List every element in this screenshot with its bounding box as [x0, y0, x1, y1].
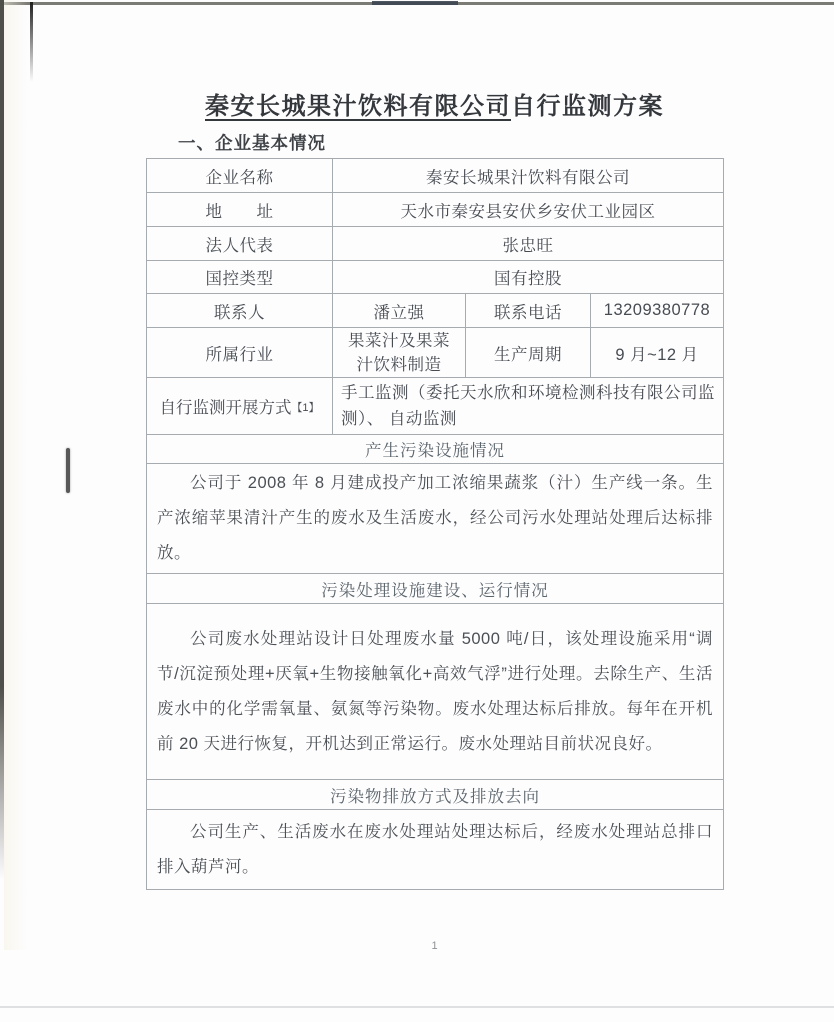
scan-left-paper-tint — [4, 0, 28, 950]
address-label: 地 址 — [147, 193, 333, 227]
monitoring-method-value: 手工监测（委托天水欣和环境检测科技有限公司监测）、 自动监测 — [333, 378, 724, 435]
paragraph-discharge-destination: 公司生产、生活废水在废水处理站处理达标后，经废水处理站总排口排入葫芦河。 — [147, 810, 724, 890]
table-row: 自行监测开展方式【1】 手工监测（委托天水欣和环境检测科技有限公司监测）、 自动… — [147, 378, 724, 435]
table-row: 污染物排放方式及排放去向 — [147, 780, 724, 810]
industry-value: 果菜汁及果菜汁饮料制造 — [333, 328, 466, 378]
page-number: 1 — [146, 940, 723, 952]
title-suffix: 自行监测方案 — [511, 94, 664, 120]
title-company-name: 秦安长城果汁饮料有限公司 — [205, 94, 511, 120]
monitoring-method-label: 自行监测开展方式【1】 — [147, 378, 333, 435]
company-name-label: 企业名称 — [147, 159, 333, 193]
table-row: 企业名称 秦安长城果汁饮料有限公司 — [147, 159, 724, 193]
cycle-value: 9 月~12 月 — [591, 328, 724, 378]
table-row: 法人代表 张忠旺 — [147, 227, 724, 261]
section-heading: 一、企业基本情况 — [178, 130, 326, 155]
document-title: 秦安长城果汁饮料有限公司自行监测方案 — [146, 86, 723, 121]
phone-value: 13209380778 — [591, 294, 724, 328]
paragraph-treatment-operation: 公司废水处理站设计日处理废水量 5000 吨/日，该处理设施采用“调节/沉淀预处… — [147, 604, 724, 780]
section-header-discharge-destination: 污染物排放方式及排放去向 — [147, 780, 724, 810]
table-row: 公司于 2008 年 8 月建成投产加工浓缩果蔬浆（汁）生产线一条。生产浓缩苹果… — [147, 464, 724, 574]
table-row: 国控类型 国有控股 — [147, 261, 724, 294]
contact-value: 潘立强 — [333, 294, 466, 328]
table-row: 产生污染设施情况 — [147, 435, 724, 464]
scanned-page: 秦安长城果汁饮料有限公司自行监测方案 一、企业基本情况 企业名称 秦安长城果汁饮… — [0, 0, 834, 1022]
paragraph-pollution-facilities: 公司于 2008 年 8 月建成投产加工浓缩果蔬浆（汁）生产线一条。生产浓缩苹果… — [147, 464, 724, 574]
table-row: 所属行业 果菜汁及果菜汁饮料制造 生产周期 9 月~12 月 — [147, 328, 724, 378]
table-row: 污染处理设施建设、运行情况 — [147, 574, 724, 604]
scan-top-edge-shadow — [372, 1, 458, 5]
scan-corner-line — [30, 2, 33, 82]
scan-bottom-edge — [0, 1006, 834, 1008]
section-header-pollution-facilities: 产生污染设施情况 — [147, 435, 724, 464]
table-row: 联系人 潘立强 联系电话 13209380778 — [147, 294, 724, 328]
control-type-value: 国有控股 — [333, 261, 724, 294]
legal-rep-label: 法人代表 — [147, 227, 333, 261]
footnote-marker: 【1】 — [291, 402, 319, 414]
phone-label: 联系电话 — [466, 294, 591, 328]
table-row: 公司废水处理站设计日处理废水量 5000 吨/日，该处理设施采用“调节/沉淀预处… — [147, 604, 724, 780]
table-row: 公司生产、生活废水在废水处理站处理达标后，经废水处理站总排口排入葫芦河。 — [147, 810, 724, 890]
table-row: 地 址 天水市秦安县安伏乡安伏工业园区 — [147, 193, 724, 227]
address-value: 天水市秦安县安伏乡安伏工业园区 — [333, 193, 724, 227]
industry-label: 所属行业 — [147, 328, 333, 378]
monitoring-method-label-text: 自行监测开展方式 — [159, 399, 291, 417]
cycle-label: 生产周期 — [466, 328, 591, 378]
contact-label: 联系人 — [147, 294, 333, 328]
company-info-table: 企业名称 秦安长城果汁饮料有限公司 地 址 天水市秦安县安伏乡安伏工业园区 法人… — [146, 158, 724, 890]
section-header-treatment-operation: 污染处理设施建设、运行情况 — [147, 574, 724, 604]
binding-mark — [66, 448, 70, 493]
control-type-label: 国控类型 — [147, 261, 333, 294]
legal-rep-value: 张忠旺 — [333, 227, 724, 261]
company-name-value: 秦安长城果汁饮料有限公司 — [333, 159, 724, 193]
